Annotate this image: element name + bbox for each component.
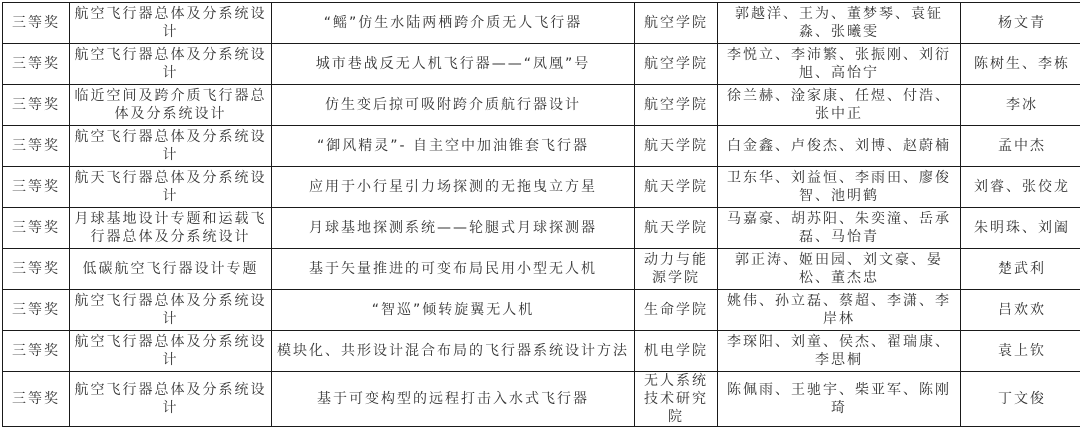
award-level-cell: 三等奖 bbox=[3, 372, 70, 427]
advisor-cell: 陈树生、李栋 bbox=[961, 44, 1080, 85]
team-members-cell: 李悦立、李沛繁、张振刚、刘衍旭、高怡宁 bbox=[718, 44, 961, 85]
project-title-cell: 模块化、共形设计混合布局的飞行器系统设计方法 bbox=[272, 331, 635, 372]
award-level-cell: 三等奖 bbox=[3, 126, 70, 167]
award-level-cell: 三等奖 bbox=[3, 290, 70, 331]
team-members-cell: 白金鑫、卢俊杰、刘博、赵蔚楠 bbox=[718, 126, 961, 167]
table-row: 三等奖 航空飞行器总体及分系统设计 “智巡”倾转旋翼无人机 生命学院 姚伟、孙立… bbox=[3, 290, 1080, 331]
project-title-cell: “鳐”仿生水陆两栖跨介质无人飞行器 bbox=[272, 3, 635, 44]
advisor-cell: 楚武利 bbox=[961, 249, 1080, 290]
college-cell: 航天学院 bbox=[635, 167, 718, 208]
college-cell: 动力与能源学院 bbox=[635, 249, 718, 290]
topic-cell: 航空飞行器总体及分系统设计 bbox=[70, 126, 272, 167]
topic-cell: 航空飞行器总体及分系统设计 bbox=[70, 290, 272, 331]
awards-table-body: 三等奖 航空飞行器总体及分系统设计 “鳐”仿生水陆两栖跨介质无人飞行器 航空学院… bbox=[3, 3, 1080, 427]
team-members-cell: 郭正涛、姬田园、刘文豪、晏松、董杰忠 bbox=[718, 249, 961, 290]
college-cell: 航空学院 bbox=[635, 44, 718, 85]
topic-cell: 月球基地设计专题和运载飞行器总体及分系统设计 bbox=[70, 208, 272, 249]
team-members-cell: 李琛阳、刘童、侯杰、翟瑞康、李思桐 bbox=[718, 331, 961, 372]
table-row: 三等奖 航天飞行器总体及分系统设计 应用于小行星引力场探测的无拖曳立方星 航天学… bbox=[3, 167, 1080, 208]
team-members-cell: 马嘉豪、胡苏阳、朱奕潼、岳承磊、马怡青 bbox=[718, 208, 961, 249]
advisor-cell: 吕欢欢 bbox=[961, 290, 1080, 331]
college-cell: 航天学院 bbox=[635, 126, 718, 167]
topic-cell: 航空飞行器总体及分系统设计 bbox=[70, 372, 272, 427]
table-row: 三等奖 航空飞行器总体及分系统设计 基于可变构型的远程打击入水式飞行器 无人系统… bbox=[3, 372, 1080, 427]
advisor-cell: 刘睿、张佼龙 bbox=[961, 167, 1080, 208]
award-level-cell: 三等奖 bbox=[3, 3, 70, 44]
award-level-cell: 三等奖 bbox=[3, 331, 70, 372]
table-row: 三等奖 月球基地设计专题和运载飞行器总体及分系统设计 月球基地探测系统——轮腿式… bbox=[3, 208, 1080, 249]
topic-cell: 临近空间及跨介质飞行器总体及分系统设计 bbox=[70, 85, 272, 126]
topic-cell: 航空飞行器总体及分系统设计 bbox=[70, 331, 272, 372]
advisor-cell: 丁文俊 bbox=[961, 372, 1080, 427]
college-cell: 机电学院 bbox=[635, 331, 718, 372]
award-level-cell: 三等奖 bbox=[3, 85, 70, 126]
topic-cell: 航天飞行器总体及分系统设计 bbox=[70, 167, 272, 208]
advisor-cell: 李冰 bbox=[961, 85, 1080, 126]
advisor-cell: 朱明珠、刘阖 bbox=[961, 208, 1080, 249]
project-title-cell: 仿生变后掠可吸附跨介质航行器设计 bbox=[272, 85, 635, 126]
team-members-cell: 陈佩雨、王驰宇、柴亚军、陈刚琦 bbox=[718, 372, 961, 427]
college-cell: 无人系统技术研究院 bbox=[635, 372, 718, 427]
project-title-cell: 基于可变构型的远程打击入水式飞行器 bbox=[272, 372, 635, 427]
advisor-cell: 袁上钦 bbox=[961, 331, 1080, 372]
college-cell: 生命学院 bbox=[635, 290, 718, 331]
advisor-cell: 孟中杰 bbox=[961, 126, 1080, 167]
team-members-cell: 徐兰赫、淦家康、任煜、付浩、张中正 bbox=[718, 85, 961, 126]
project-title-cell: 应用于小行星引力场探测的无拖曳立方星 bbox=[272, 167, 635, 208]
college-cell: 航空学院 bbox=[635, 3, 718, 44]
awards-table: 三等奖 航空飞行器总体及分系统设计 “鳐”仿生水陆两栖跨介质无人飞行器 航空学院… bbox=[2, 2, 1080, 427]
table-row: 三等奖 航空飞行器总体及分系统设计 “鳐”仿生水陆两栖跨介质无人飞行器 航空学院… bbox=[3, 3, 1080, 44]
table-row: 三等奖 低碳航空飞行器设计专题 基于矢量推进的可变布局民用小型无人机 动力与能源… bbox=[3, 249, 1080, 290]
team-members-cell: 郭越洋、王为、董梦琴、袁钲淼、张曦雯 bbox=[718, 3, 961, 44]
project-title-cell: “御风精灵”- 自主空中加油锥套飞行器 bbox=[272, 126, 635, 167]
award-level-cell: 三等奖 bbox=[3, 208, 70, 249]
project-title-cell: “智巡”倾转旋翼无人机 bbox=[272, 290, 635, 331]
topic-cell: 航空飞行器总体及分系统设计 bbox=[70, 44, 272, 85]
table-row: 三等奖 航空飞行器总体及分系统设计 模块化、共形设计混合布局的飞行器系统设计方法… bbox=[3, 331, 1080, 372]
advisor-cell: 杨文青 bbox=[961, 3, 1080, 44]
college-cell: 航天学院 bbox=[635, 208, 718, 249]
topic-cell: 低碳航空飞行器设计专题 bbox=[70, 249, 272, 290]
project-title-cell: 城市巷战反无人机飞行器——“凤凰”号 bbox=[272, 44, 635, 85]
project-title-cell: 基于矢量推进的可变布局民用小型无人机 bbox=[272, 249, 635, 290]
team-members-cell: 姚伟、孙立磊、蔡超、李潇、李岸林 bbox=[718, 290, 961, 331]
award-level-cell: 三等奖 bbox=[3, 44, 70, 85]
topic-cell: 航空飞行器总体及分系统设计 bbox=[70, 3, 272, 44]
college-cell: 航空学院 bbox=[635, 85, 718, 126]
project-title-cell: 月球基地探测系统——轮腿式月球探测器 bbox=[272, 208, 635, 249]
table-row: 三等奖 航空飞行器总体及分系统设计 城市巷战反无人机飞行器——“凤凰”号 航空学… bbox=[3, 44, 1080, 85]
team-members-cell: 卫东华、刘益恒、李雨田、廖俊智、池明鹤 bbox=[718, 167, 961, 208]
table-row: 三等奖 临近空间及跨介质飞行器总体及分系统设计 仿生变后掠可吸附跨介质航行器设计… bbox=[3, 85, 1080, 126]
award-level-cell: 三等奖 bbox=[3, 249, 70, 290]
table-row: 三等奖 航空飞行器总体及分系统设计 “御风精灵”- 自主空中加油锥套飞行器 航天… bbox=[3, 126, 1080, 167]
award-level-cell: 三等奖 bbox=[3, 167, 70, 208]
